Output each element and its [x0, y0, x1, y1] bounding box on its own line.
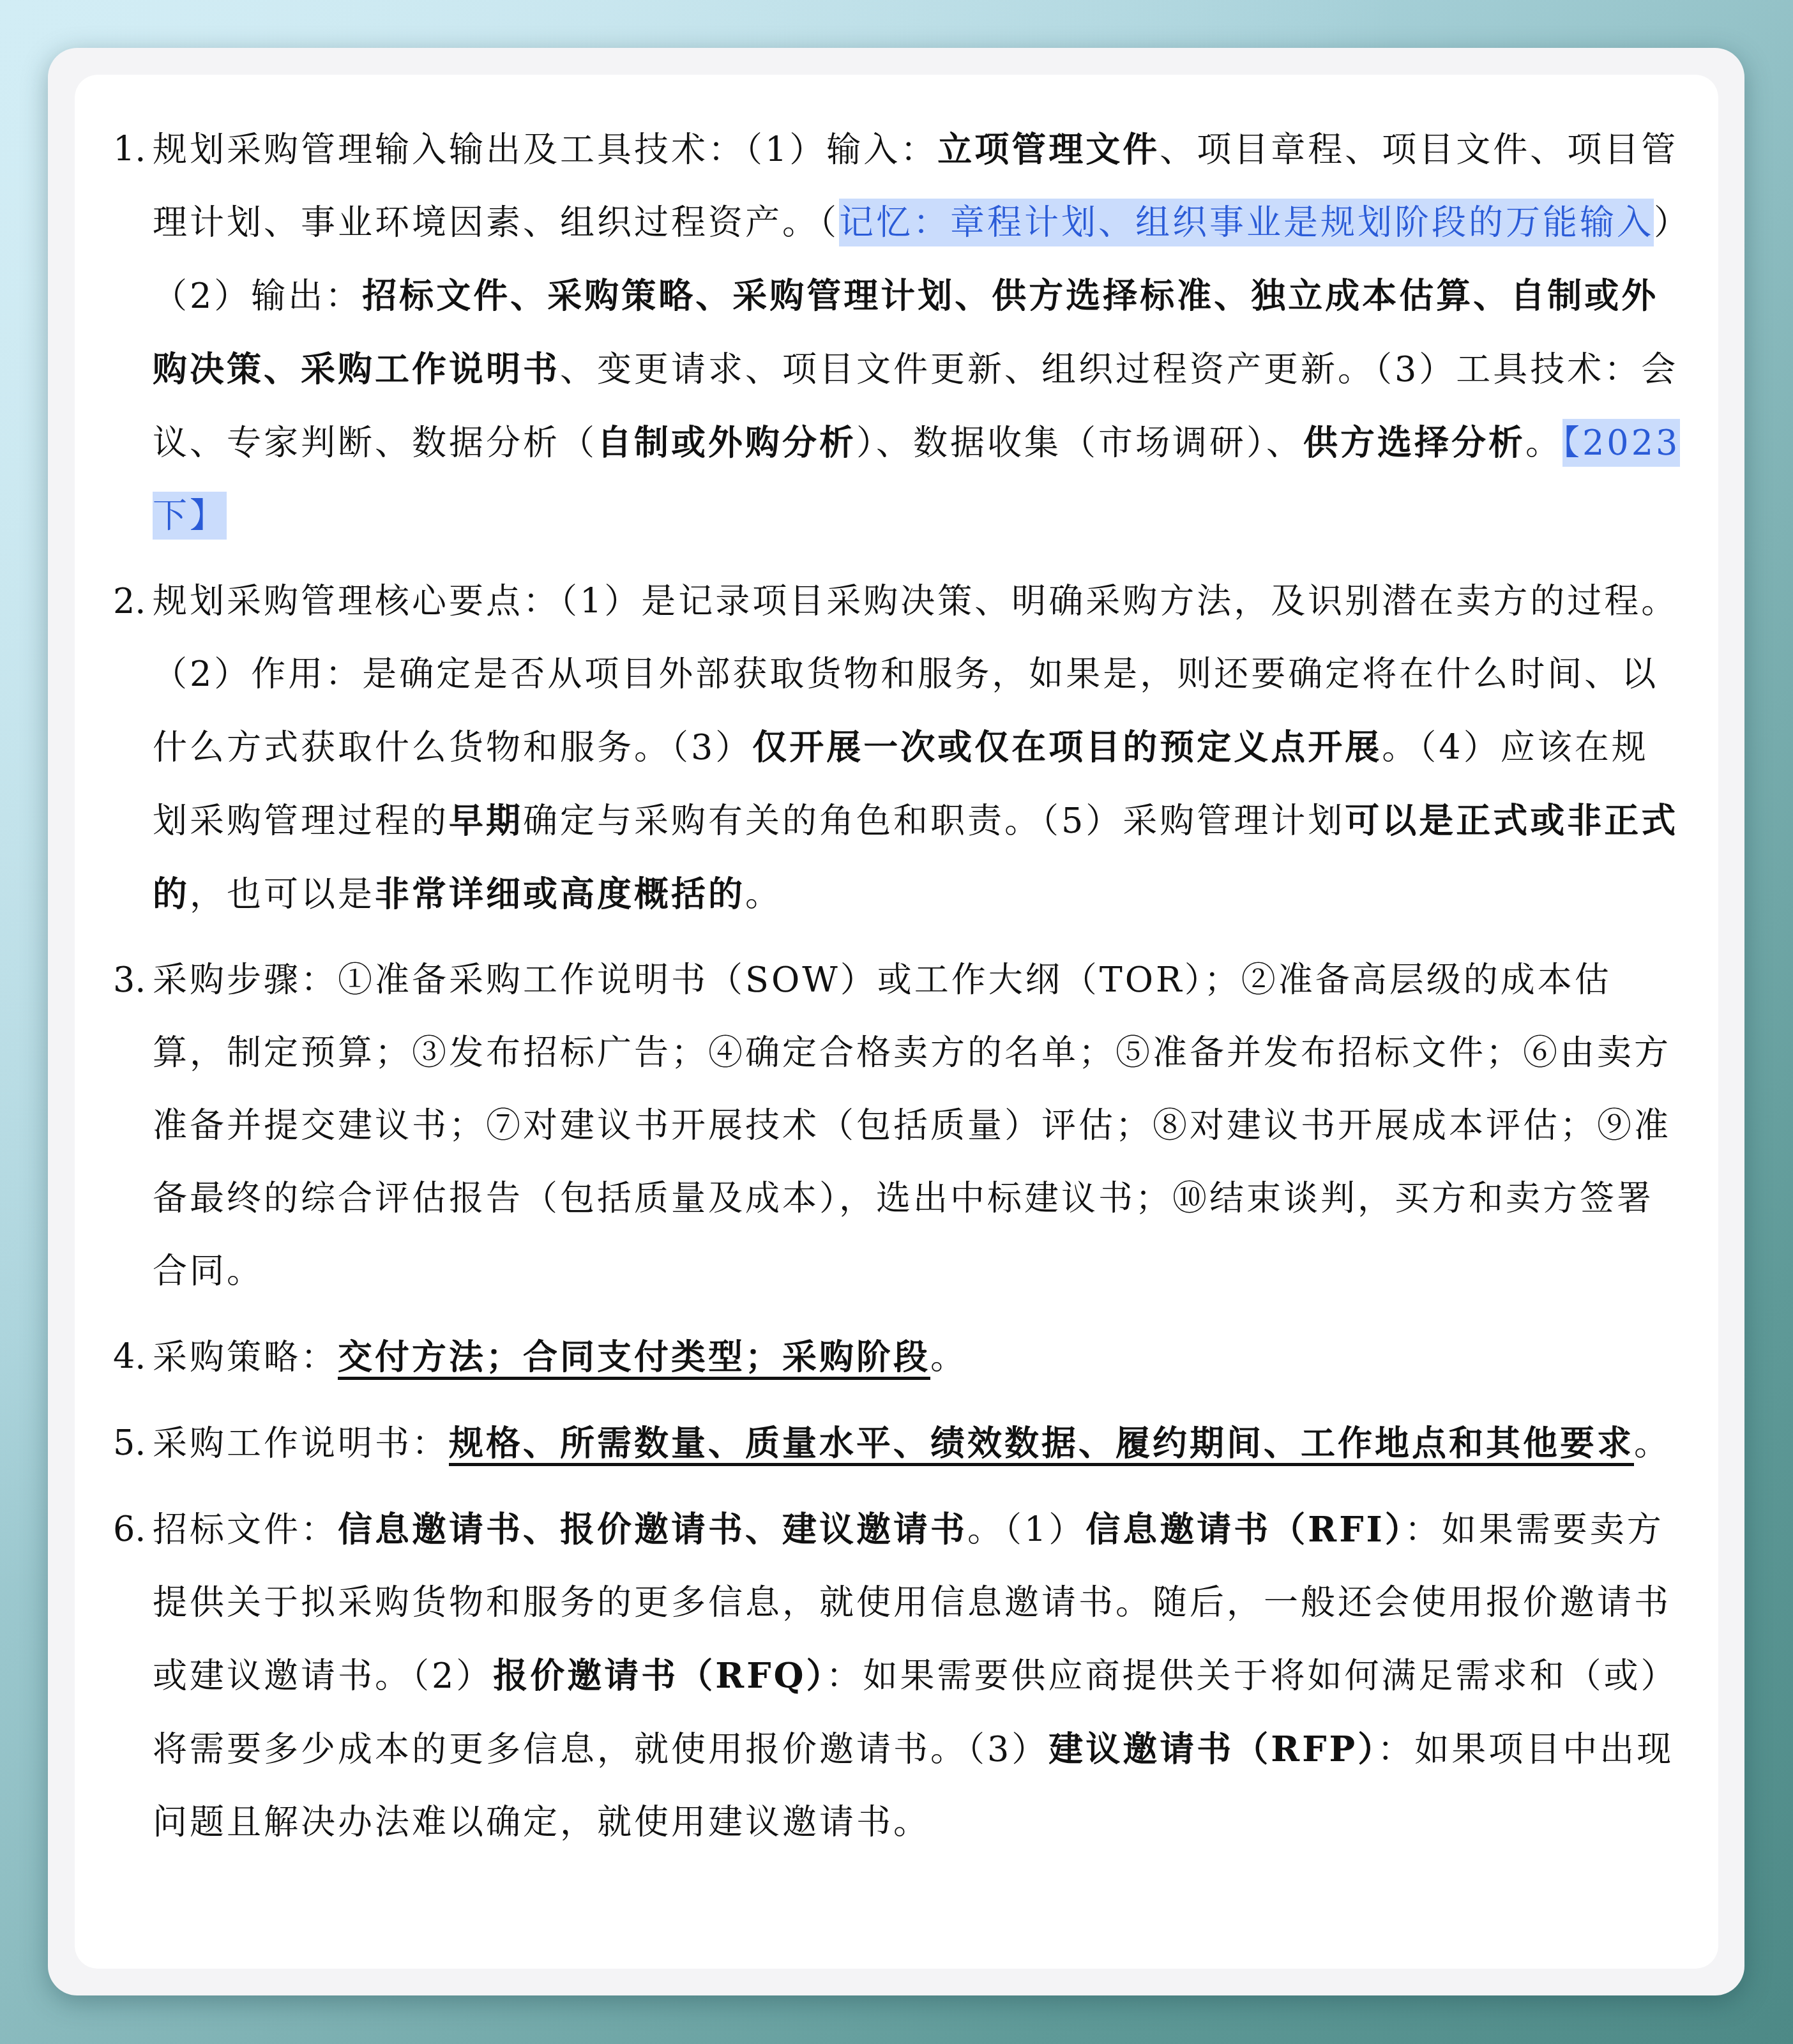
text-segment: 。	[1525, 423, 1562, 463]
text-segment: 招标文件：	[153, 1510, 338, 1550]
text-segment: 。	[1634, 1423, 1671, 1464]
knowledge-list: 1.规划采购管理输入输出及工具技术：（1）输入：立项管理文件、项目章程、项目文件…	[113, 113, 1684, 1872]
list-item-5: 5.采购工作说明书：规格、所需数量、质量水平、绩效数据、履约期间、工作地点和其他…	[113, 1407, 1684, 1480]
bold-text: 建议邀请书（RFP）	[1048, 1729, 1377, 1769]
text-segment: 采购策略：	[153, 1337, 338, 1377]
bold-text: 立项管理文件	[937, 129, 1160, 170]
text-segment: 规划采购管理输入输出及工具技术：（1）输入：	[153, 130, 937, 170]
text-segment: 采购步骤：①准备采购工作说明书（SOW）或工作大纲（TOR）；②准备高层级的成本…	[153, 960, 1671, 1291]
underlined-key-text: 交付方法；合同支付类型；采购阶段	[338, 1336, 930, 1377]
item-number: 6.	[113, 1493, 146, 1566]
text-segment: 。（1）	[967, 1510, 1086, 1550]
bold-text: 自制或外购分析	[597, 422, 856, 463]
list-item-3: 3.采购步骤：①准备采购工作说明书（SOW）或工作大纲（TOR）；②准备高层级的…	[113, 944, 1684, 1308]
document-card: 1.规划采购管理输入输出及工具技术：（1）输入：立项管理文件、项目章程、项目文件…	[75, 75, 1718, 1969]
bold-text: 报价邀请书（RFQ）	[493, 1655, 826, 1696]
text-segment: 确定与采购有关的角色和职责。（5）采购管理计划	[523, 801, 1345, 841]
list-item-6: 6.招标文件：信息邀请书、报价邀请书、建议邀请书。（1）信息邀请书（RFI）：如…	[113, 1493, 1684, 1859]
text-segment: 。	[930, 1337, 967, 1377]
item-number: 1.	[113, 113, 146, 186]
item-number: 4.	[113, 1321, 146, 1393]
bold-text: 供方选择分析	[1303, 422, 1525, 463]
list-item-2: 2.规划采购管理核心要点：（1）是记录项目采购决策、明确采购方法，及识别潜在卖方…	[113, 565, 1684, 931]
bold-text: 信息邀请书、报价邀请书、建议邀请书	[338, 1509, 967, 1550]
text-segment: ，也可以是	[190, 874, 375, 914]
item-number: 2.	[113, 565, 146, 638]
underlined-key-text: 规格、所需数量、质量水平、绩效数据、履约期间、工作地点和其他要求	[449, 1423, 1634, 1464]
bold-text: 信息邀请书（RFI）	[1086, 1509, 1404, 1550]
text-segment: ）、数据收集（市场调研）、	[856, 423, 1303, 463]
highlight-note: 记忆：章程计划、组织事业是规划阶段的万能输入	[839, 199, 1654, 246]
list-item-4: 4.采购策略：交付方法；合同支付类型；采购阶段。	[113, 1321, 1684, 1394]
outer-card: 1.规划采购管理输入输出及工具技术：（1）输入：立项管理文件、项目章程、项目文件…	[48, 48, 1744, 1995]
list-item-1: 1.规划采购管理输入输出及工具技术：（1）输入：立项管理文件、项目章程、项目文件…	[113, 113, 1684, 552]
bold-text: 非常详细或高度概括的	[375, 874, 745, 914]
bold-text: 早期	[449, 800, 523, 841]
item-number: 3.	[113, 944, 146, 1017]
item-number: 5.	[113, 1407, 146, 1480]
bold-text: 仅开展一次或仅在项目的预定义点开展	[752, 727, 1382, 768]
text-segment: 。	[745, 874, 782, 914]
text-segment: 采购工作说明书：	[153, 1423, 449, 1464]
